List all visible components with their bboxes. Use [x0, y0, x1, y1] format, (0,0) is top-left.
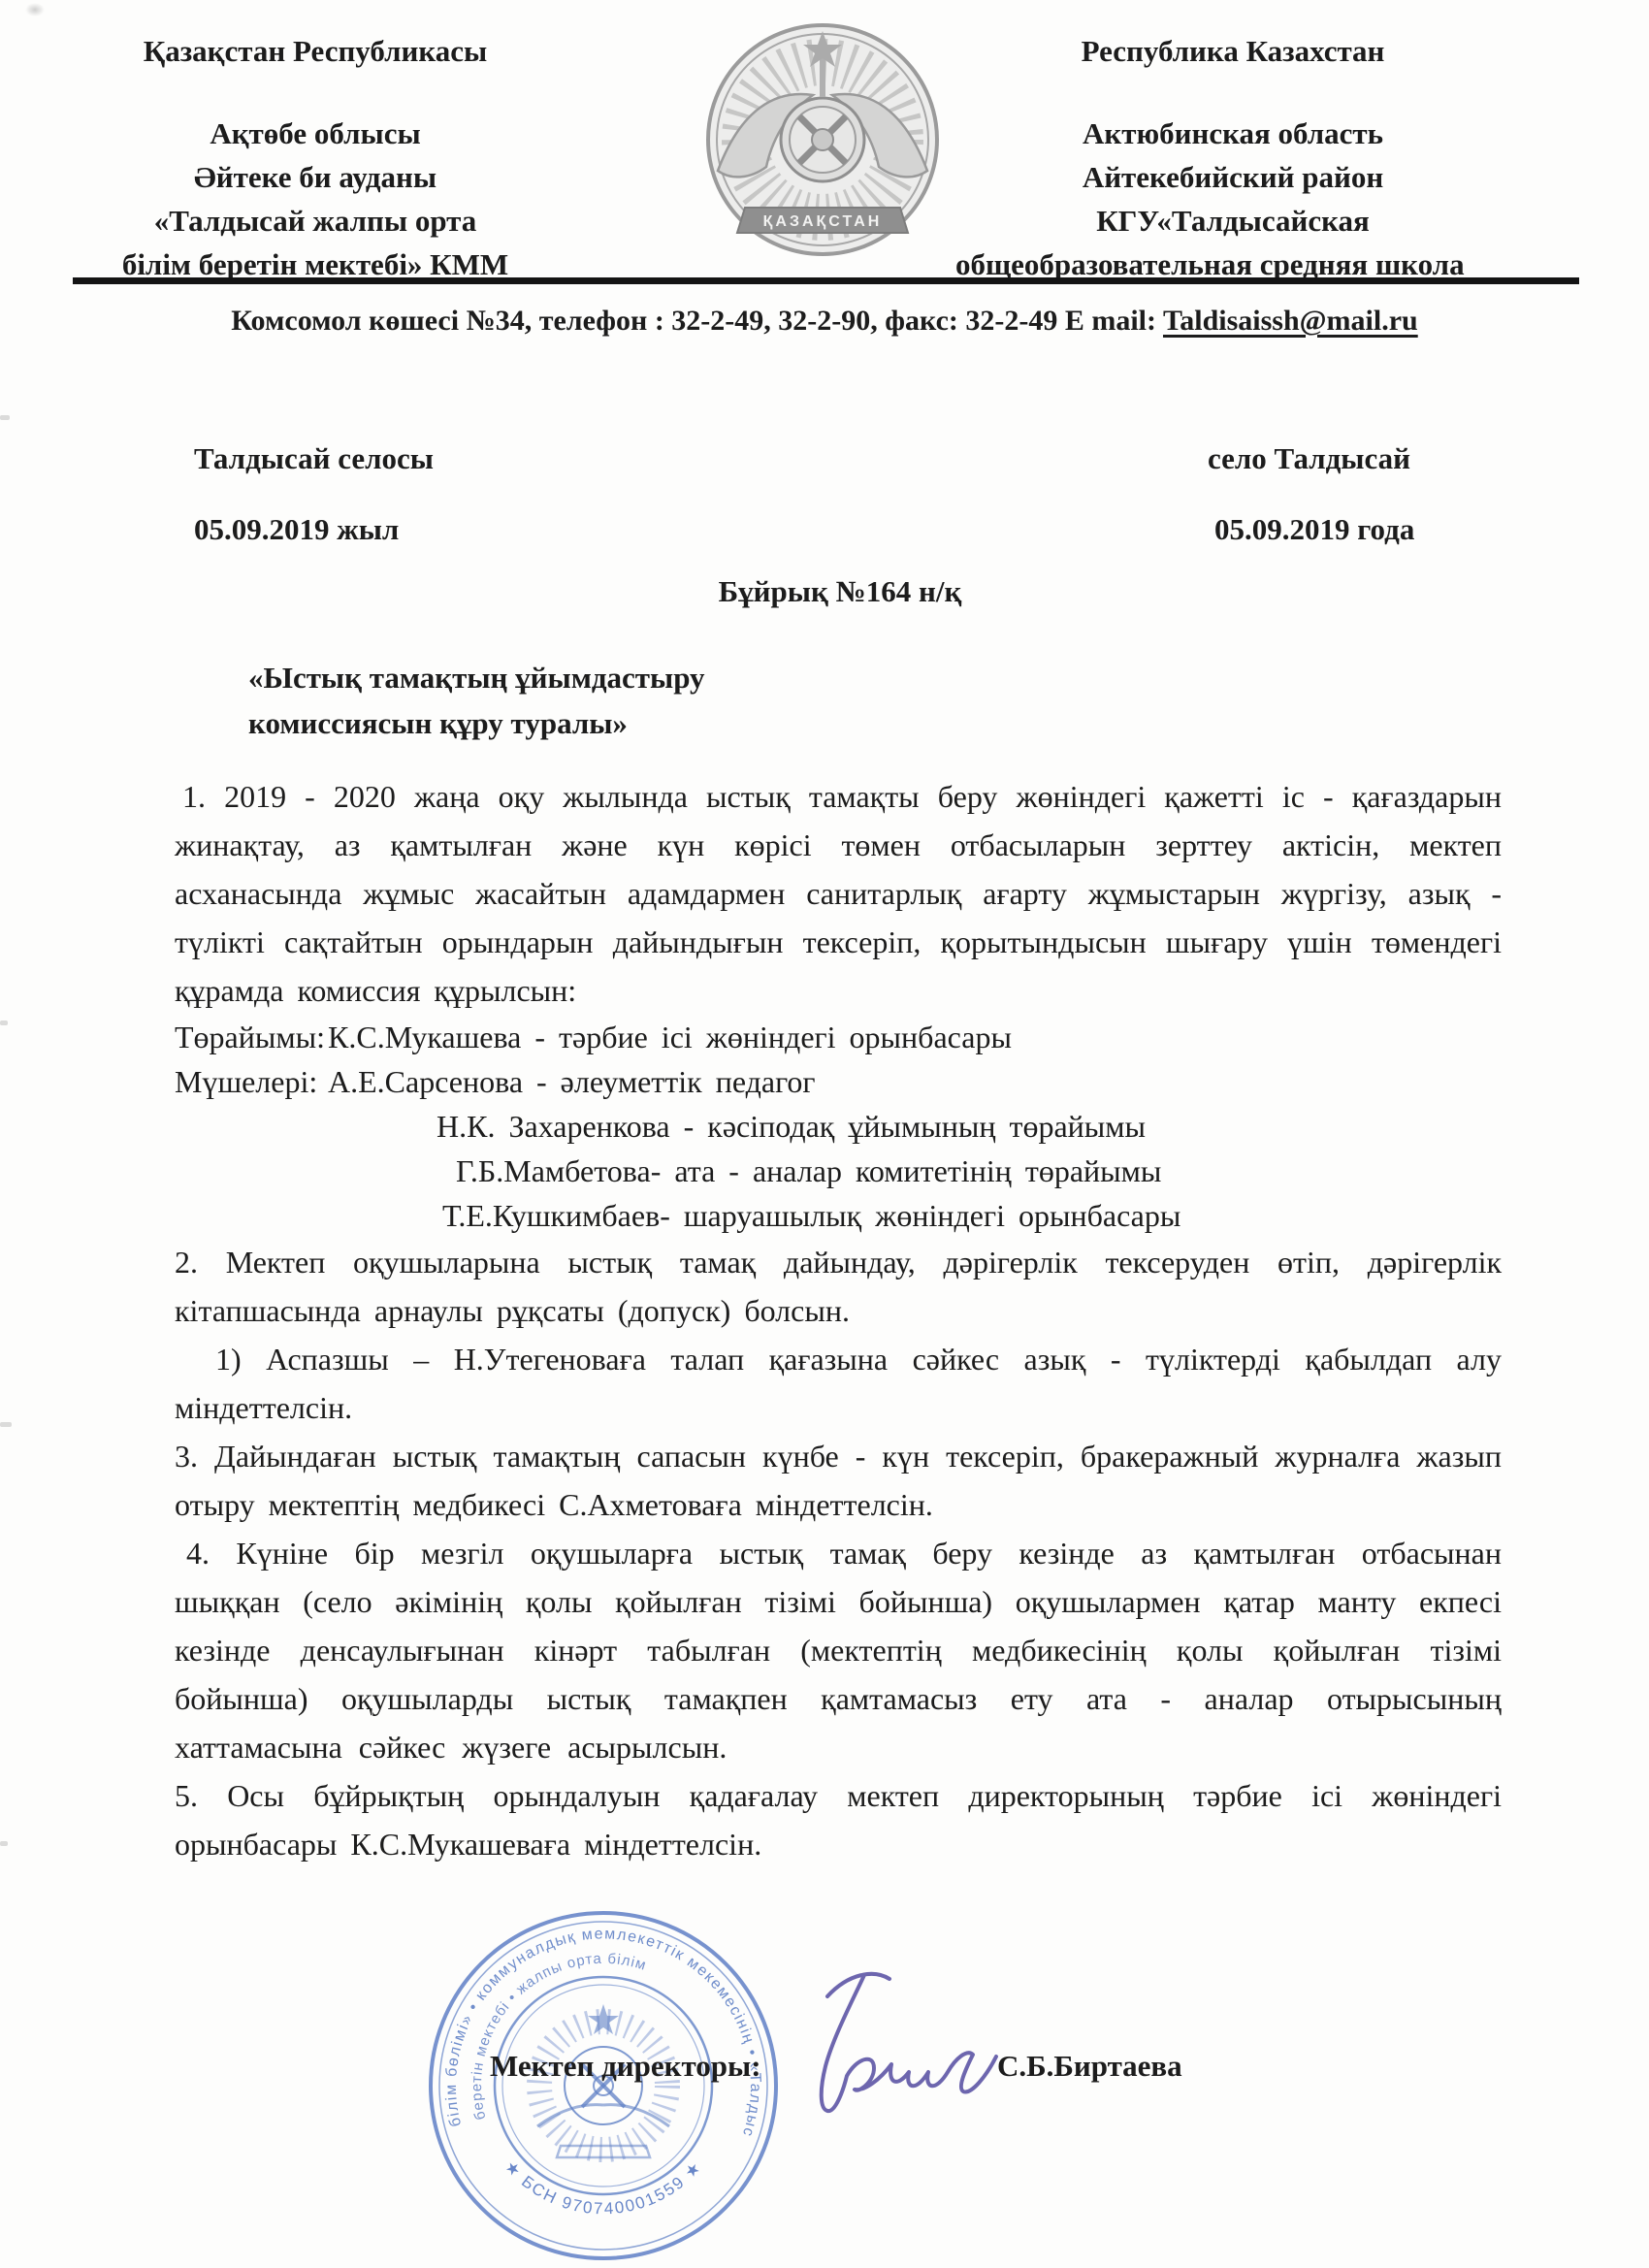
paragraph-4: 4. Күніне бір мезгіл оқушыларға ыстық та… — [175, 1529, 1502, 1771]
member-name: А.Е.Сарсенова - әлеуметтік педагог — [328, 1064, 816, 1099]
contact-line: Комсомол көшесі №34, телефон : 32-2-49, … — [0, 305, 1649, 338]
letterhead-russian-column: Республика Казахстан Актюбинская область… — [955, 29, 1510, 286]
order-body: 1. 2019 - 2020 жаңа оқу жылында ыстық та… — [175, 772, 1502, 1868]
order-subject-line1: «Ыстық тамақтың ұйымдастыру — [248, 655, 705, 700]
commission-list: Төрайымы:К.С.Мукашева - тәрбие ісі жөнін… — [175, 1015, 1502, 1238]
scan-edge-mark — [0, 1021, 8, 1025]
paragraph-1: 1. 2019 - 2020 жаңа оқу жылында ыстық та… — [175, 772, 1502, 1015]
country-name-ru: Республика Казахстан — [955, 29, 1510, 73]
commission-member-row: Г.Б.Мамбетова- ата - аналар комитетінің … — [175, 1149, 1502, 1193]
director-signature-image — [771, 1961, 1014, 2131]
org-name-ru-line1: КГУ«Талдысайская — [955, 199, 1510, 243]
paragraph-5: 5. Осы бұйрықтың орындалуын қадағалау ме… — [175, 1771, 1502, 1868]
order-subject-line2: комиссиясын құру туралы» — [248, 700, 705, 746]
paragraph-3: 3. Дайындаған ыстық тамақтың сапасын күн… — [175, 1432, 1502, 1529]
org-name-kk-line1: «Талдысай жалпы орта — [56, 199, 574, 243]
members-label: Мүшелері: — [175, 1059, 328, 1104]
country-name-kk: Қазақстан Республикасы — [56, 29, 574, 73]
date-russian: 05.09.2019 года — [1214, 512, 1414, 547]
region-name-kk: Ақтөбе облысы — [56, 112, 574, 155]
letterhead-divider-rule — [73, 277, 1579, 284]
emblem-banner-text: ҚАЗАҚСТАН — [763, 213, 883, 230]
scanned-order-document: Қазақстан Республикасы Ақтөбе облысы Әйт… — [0, 0, 1649, 2268]
region-name-ru: Актюбинская область — [955, 112, 1510, 155]
district-name-kk: Әйтеке би ауданы — [56, 155, 574, 199]
scan-edge-mark — [0, 1841, 8, 1846]
place-russian: село Талдысай — [1208, 441, 1410, 476]
director-name: С.Б.Биртаева — [997, 2049, 1182, 2084]
scan-smudge — [25, 3, 45, 16]
commission-chair-row: Төрайымы:К.С.Мукашева - тәрбие ісі жөнін… — [175, 1015, 1502, 1059]
letterhead-kazakh-column: Қазақстан Республикасы Ақтөбе облысы Әйт… — [56, 29, 574, 286]
scan-edge-mark — [0, 415, 10, 420]
paragraph-2-subitem: 1) Аспазшы – Н.Утегеноваға талап қағазын… — [175, 1335, 1502, 1432]
signature-label: Мектеп директоры: — [490, 2049, 761, 2084]
contact-address-phone: Комсомол көшесі №34, телефон : 32-2-49, … — [231, 305, 1163, 337]
commission-member-row: Н.К. Захаренкова - кәсіподақ ұйымының тө… — [175, 1104, 1502, 1149]
order-subject: «Ыстық тамақтың ұйымдастыру комиссиясын … — [248, 655, 705, 746]
email-text: Taldisaissh@mail.ru — [1163, 305, 1418, 337]
scan-edge-mark — [0, 1422, 12, 1427]
place-kazakh: Талдысай селосы — [194, 441, 434, 476]
commission-member-row: Т.Е.Кушкимбаев- шаруашылық жөніндегі оры… — [175, 1193, 1502, 1238]
order-title: Бұйрық №164 н/қ — [0, 574, 1649, 609]
chair-name: К.С.Мукашева - тәрбие ісі жөніндегі орын… — [328, 1020, 1012, 1054]
commission-member-row: Мүшелері:А.Е.Сарсенова - әлеуметтік педа… — [175, 1059, 1502, 1104]
official-round-stamp: білім бөлімі» • коммуналдық мемлекеттік … — [425, 1907, 782, 2264]
chair-label: Төрайымы: — [175, 1015, 328, 1059]
date-kazakh: 05.09.2019 жыл — [194, 512, 399, 547]
district-name-ru: Айтекебийский район — [955, 155, 1510, 199]
kazakhstan-coat-of-arms-image: ҚАЗАҚСТАН — [691, 16, 954, 266]
paragraph-2: 2. Мектеп оқушыларына ыстық тамақ дайынд… — [175, 1238, 1502, 1335]
